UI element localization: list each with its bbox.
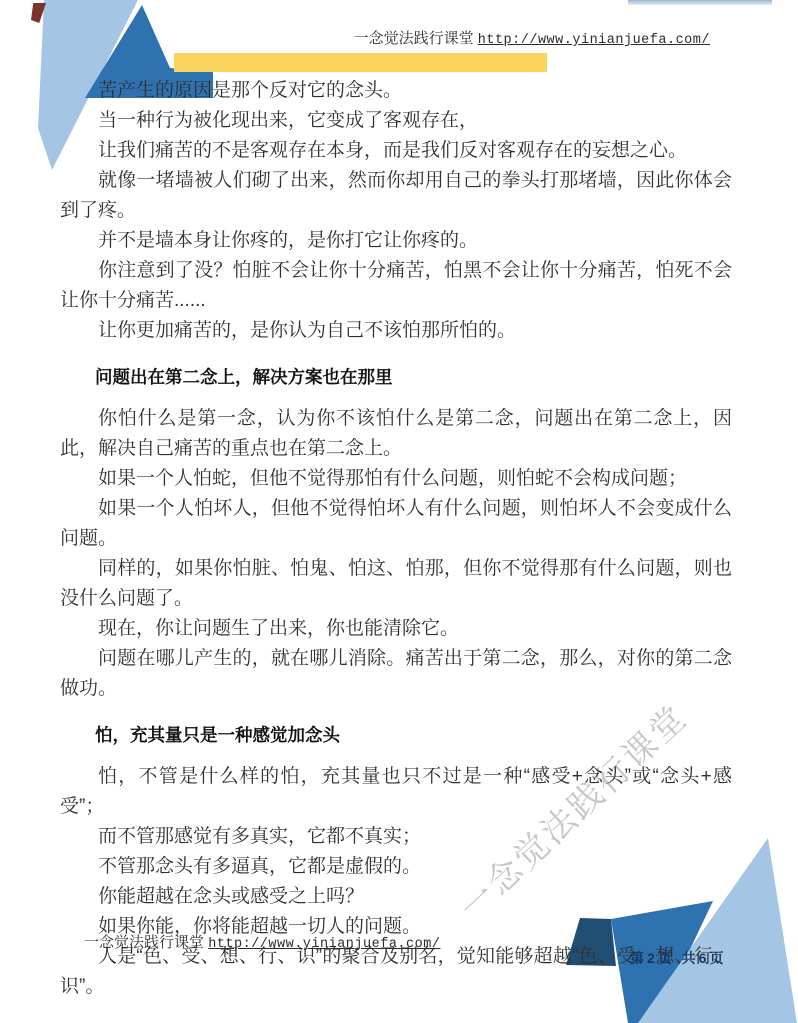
header-site-url-link[interactable]: http://www.yinianjuefa.com/ bbox=[478, 33, 710, 48]
header-site-label: 一念觉法践行课堂 bbox=[354, 30, 474, 47]
paragraph: 如果一个人怕坏人，但他不觉得怕坏人有什么问题，则怕坏人不会变成什么问题。 bbox=[60, 494, 732, 554]
paragraph: 你注意到了没？怕脏不会让你十分痛苦，怕黑不会让你十分痛苦，怕死不会让你十分痛苦.… bbox=[60, 256, 732, 316]
page-header: 一念觉法践行课堂 http://www.yinianjuefa.com/ bbox=[354, 27, 710, 48]
page-number-indicator: 第2页 共6页 bbox=[630, 948, 726, 968]
paragraph: 而不管那感觉有多真实，它都不真实； bbox=[60, 822, 732, 852]
paragraph: 让你更加痛苦的，是你认为自己不该怕那所怕的。 bbox=[60, 316, 732, 346]
paragraph: 你怕什么是第一念，认为你不该怕什么是第二念，问题出在第二念上，因此，解决自己痛苦… bbox=[60, 404, 732, 464]
section-heading: 问题出在第二念上，解决方案也在那里 bbox=[60, 362, 732, 392]
paragraph: 让我们痛苦的不是客观存在本身，而是我们反对客观存在的妄想之心。 bbox=[60, 136, 732, 166]
paragraph: 问题在哪儿产生的，就在哪儿消除。痛苦出于第二念，那么，对你的第二念做功。 bbox=[60, 644, 732, 704]
paragraph: 当一种行为被化现出来，它变成了客观存在， bbox=[60, 106, 732, 136]
page-footer: 一念觉法践行课堂 http://www.yinianjuefa.com/ bbox=[84, 931, 440, 952]
paragraph: 就像一堵墙被人们砌了出来，然而你却用自己的拳头打那堵墙，因此你体会到了疼。 bbox=[60, 166, 732, 226]
section-heading: 怕，充其量只是一种感觉加念头 bbox=[60, 720, 732, 750]
paragraph: 并不是墙本身让你疼的，是你打它让你疼的。 bbox=[60, 226, 732, 256]
paragraph: 不管那念头有多逼真，它都是虚假的。 bbox=[60, 852, 732, 882]
paragraph: 现在，你让问题生了出来，你也能清除它。 bbox=[60, 614, 732, 644]
yellow-highlight-bar bbox=[174, 53, 547, 72]
paragraph: 如果一个人怕蛇，但他不觉得那怕有什么问题，则怕蛇不会构成问题； bbox=[60, 464, 732, 494]
footer-site-label: 一念觉法践行课堂 bbox=[84, 934, 204, 951]
paragraph: 怕，不管是什么样的怕，充其量也只不过是一种“感受+念头”或“念头+感受”； bbox=[60, 762, 732, 822]
document-body: 苦产生的原因是那个反对它的念头。当一种行为被化现出来，它变成了客观存在，让我们痛… bbox=[60, 76, 732, 1002]
paragraph: 你能超越在念头或感受之上吗？ bbox=[60, 882, 732, 912]
footer-site-url-link[interactable]: http://www.yinianjuefa.com/ bbox=[208, 937, 440, 952]
document-page: { "header": { "site_label": "一念觉法践行课堂", … bbox=[0, 0, 798, 1023]
paragraph: 同样的，如果你怕脏、怕鬼、怕这、怕那，但你不觉得那有什么问题，则也没什么问题了。 bbox=[60, 554, 732, 614]
top-right-blue-strip bbox=[628, 0, 772, 5]
paragraph: 苦产生的原因是那个反对它的念头。 bbox=[60, 76, 732, 106]
